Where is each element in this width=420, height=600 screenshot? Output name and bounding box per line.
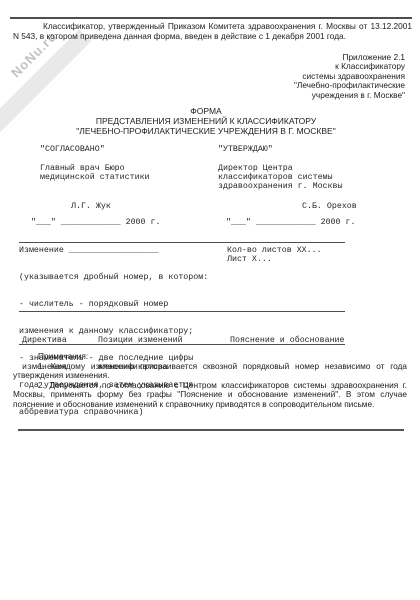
annex-line: учреждения в г. Москве" — [294, 91, 405, 100]
change-number-field: Изменение __________________ — [19, 246, 158, 255]
hint-line: - числитель - порядковый номер — [19, 300, 208, 309]
note-item: 1. Каждому изменению присваивается сквоз… — [13, 362, 407, 381]
notes-section: Примечания: 1. Каждому изменению присваи… — [13, 352, 407, 410]
agreed-date-line: "___" ____________ 2000 г. — [31, 218, 160, 227]
form-title-line: "ЛЕЧЕБНО-ПРОФИЛАКТИЧЕСКИЕ УЧРЕЖДЕНИЯ В Г… — [0, 126, 412, 136]
approved-signatory-name: С.Б. Орехов — [302, 202, 357, 211]
agreed-role-line: Главный врач Бюро — [40, 164, 125, 173]
approved-date-line: "___" ____________ 2000 г. — [226, 218, 355, 227]
note-item: 2. Допускается по согласованию с Центром… — [13, 381, 407, 410]
section-rule — [19, 311, 345, 312]
agreed-label: "СОГЛАСОВАНО" — [40, 145, 105, 154]
approved-role-line: Директор Центра — [218, 164, 293, 173]
bottom-rule — [18, 429, 404, 431]
section-rule — [19, 344, 345, 345]
sheet-number-label: Лист X... — [227, 255, 272, 264]
top-rule — [10, 17, 412, 19]
hint-line: (указывается дробный номер, в котором: — [19, 273, 208, 282]
form-title-line: ПРЕДСТАВЛЕНИЯ ИЗМЕНЕНИЙ К КЛАССИФИКАТОРУ — [0, 116, 412, 126]
agreed-signatory-name: Л.Г. Жук — [71, 202, 111, 211]
document-page: NoNu.ru Классификатор, утвержденный Прик… — [0, 0, 420, 600]
section-rule — [19, 242, 345, 243]
agreed-role-line: медицинской статистики — [40, 173, 150, 182]
header-note: Классификатор, утвержденный Приказом Ком… — [13, 21, 412, 41]
form-title: ФОРМА ПРЕДСТАВЛЕНИЯ ИЗМЕНЕНИЙ К КЛАССИФИ… — [0, 106, 412, 136]
sheets-total-label: Кол-во листов XX... — [227, 246, 322, 255]
approved-role-line: классификаторов системы — [218, 173, 333, 182]
approved-role-line: здравоохранения г. Москвы — [218, 182, 342, 191]
annex-block: Приложение 2.1 к Классификатору системы … — [294, 53, 405, 100]
approved-label: "УТВЕРЖДАЮ" — [218, 145, 273, 154]
form-title-line: ФОРМА — [0, 106, 412, 116]
